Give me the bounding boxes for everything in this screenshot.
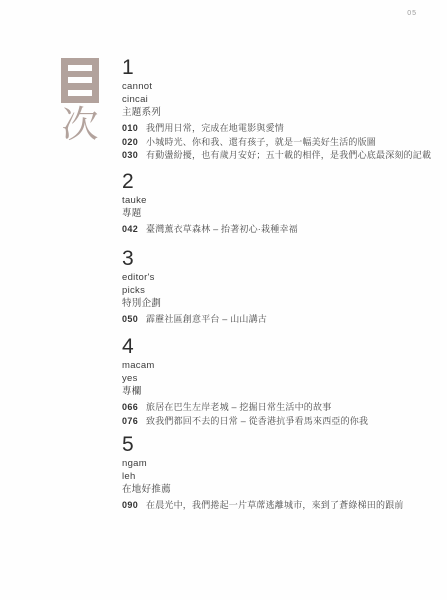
toc-section-2: 2 tauke 專題 042 臺灣薰衣草森林 – 抬著初心·栽種幸福 xyxy=(122,170,421,237)
entry-title: 旅居在巴生左岸老城 – 挖掘日常生活中的故事 xyxy=(146,401,331,415)
section-number: 3 xyxy=(122,247,421,271)
logo-char-mu-block xyxy=(61,58,99,103)
section-labels: editor's picks 特別企劃 xyxy=(122,271,421,310)
section-label-en: picks xyxy=(122,284,421,297)
entry-page-number: 090 xyxy=(122,499,146,513)
entry-page-number: 042 xyxy=(122,223,146,237)
toc-section-5: 5 ngam leh 在地好推薦 090 在晨光中，我們捲起一片草蓆逃離城市，來… xyxy=(122,433,421,513)
entry-title: 有動盪紛擾，也有歲月安好；五十載的相伴，是我們心底最深刻的記載 xyxy=(146,149,431,163)
section-label-zh: 在地好推薦 xyxy=(122,483,421,496)
section-entries: 042 臺灣薰衣草森林 – 抬著初心·栽種幸福 xyxy=(122,223,421,237)
entry-page-number: 010 xyxy=(122,122,146,136)
entry-page-number: 076 xyxy=(122,415,146,429)
entry-title: 我們用日常，完成在地電影與愛情 xyxy=(146,122,284,136)
entry-title: 致我們都回不去的日常 – 從香港抗爭看馬來西亞的你我 xyxy=(146,415,368,429)
toc-entry: 076 致我們都回不去的日常 – 從香港抗爭看馬來西亞的你我 xyxy=(122,415,421,429)
logo-mu-counter xyxy=(68,77,92,83)
section-labels: cannot cincai 主題系列 xyxy=(122,80,421,119)
section-label-en: yes xyxy=(122,372,421,385)
toc-entry: 090 在晨光中，我們捲起一片草蓆逃離城市，來到了蒼綠梯田的跟前 xyxy=(122,499,421,513)
logo-mu-counter xyxy=(68,65,92,71)
section-label-en: cannot xyxy=(122,80,421,93)
toc-section-4: 4 macam yes 專欄 066 旅居在巴生左岸老城 – 挖掘日常生活中的故… xyxy=(122,335,421,428)
section-number: 4 xyxy=(122,335,421,359)
magazine-toc-page: 05 次 1 cannot cincai 主題系列 010 我們用日常，完成在地… xyxy=(0,0,447,600)
folio-page-number: 05 xyxy=(407,10,417,17)
toc-entry: 066 旅居在巴生左岸老城 – 挖掘日常生活中的故事 xyxy=(122,401,421,415)
entry-page-number: 030 xyxy=(122,149,146,163)
section-labels: macam yes 專欄 xyxy=(122,359,421,398)
entry-title: 臺灣薰衣草森林 – 抬著初心·栽種幸福 xyxy=(146,223,298,237)
entry-page-number: 066 xyxy=(122,401,146,415)
entry-title: 在晨光中，我們捲起一片草蓆逃離城市，來到了蒼綠梯田的跟前 xyxy=(146,499,404,513)
section-label-zh: 主題系列 xyxy=(122,106,421,119)
entry-page-number: 020 xyxy=(122,136,146,150)
logo-char-ci: 次 xyxy=(61,104,99,146)
section-label-en: editor's xyxy=(122,271,421,284)
toc-entry: 042 臺灣薰衣草森林 – 抬著初心·栽種幸福 xyxy=(122,223,421,237)
contents-logo: 次 xyxy=(61,58,99,146)
logo-mu-counter xyxy=(68,90,92,96)
section-label-zh: 專題 xyxy=(122,207,421,220)
toc-entry: 020 小城時光、你和我、還有孩子，就是一幅美好生活的版圖 xyxy=(122,136,421,150)
section-label-en: leh xyxy=(122,470,421,483)
section-number: 2 xyxy=(122,170,421,194)
section-entries: 050 霹靂社區創意平台 – 山山講古 xyxy=(122,313,421,327)
section-number: 5 xyxy=(122,433,421,457)
section-label-zh: 特別企劃 xyxy=(122,297,421,310)
section-label-zh: 專欄 xyxy=(122,385,421,398)
toc-entry: 050 霹靂社區創意平台 – 山山講古 xyxy=(122,313,421,327)
entry-title: 小城時光、你和我、還有孩子，就是一幅美好生活的版圖 xyxy=(146,136,376,150)
section-label-en: tauke xyxy=(122,194,421,207)
section-entries: 010 我們用日常，完成在地電影與愛情 020 小城時光、你和我、還有孩子，就是… xyxy=(122,122,421,163)
toc-entry: 010 我們用日常，完成在地電影與愛情 xyxy=(122,122,421,136)
section-labels: ngam leh 在地好推薦 xyxy=(122,457,421,496)
section-label-en: cincai xyxy=(122,93,421,106)
toc-section-3: 3 editor's picks 特別企劃 050 霹靂社區創意平台 – 山山講… xyxy=(122,247,421,327)
toc-entry: 030 有動盪紛擾，也有歲月安好；五十載的相伴，是我們心底最深刻的記載 xyxy=(122,149,421,163)
entry-page-number: 050 xyxy=(122,313,146,327)
section-label-en: macam xyxy=(122,359,421,372)
section-number: 1 xyxy=(122,56,421,80)
section-entries: 090 在晨光中，我們捲起一片草蓆逃離城市，來到了蒼綠梯田的跟前 xyxy=(122,499,421,513)
toc-section-1: 1 cannot cincai 主題系列 010 我們用日常，完成在地電影與愛情… xyxy=(122,56,421,163)
section-labels: tauke 專題 xyxy=(122,194,421,220)
section-entries: 066 旅居在巴生左岸老城 – 挖掘日常生活中的故事 076 致我們都回不去的日… xyxy=(122,401,421,428)
entry-title: 霹靂社區創意平台 – 山山講古 xyxy=(146,313,267,327)
section-label-en: ngam xyxy=(122,457,421,470)
